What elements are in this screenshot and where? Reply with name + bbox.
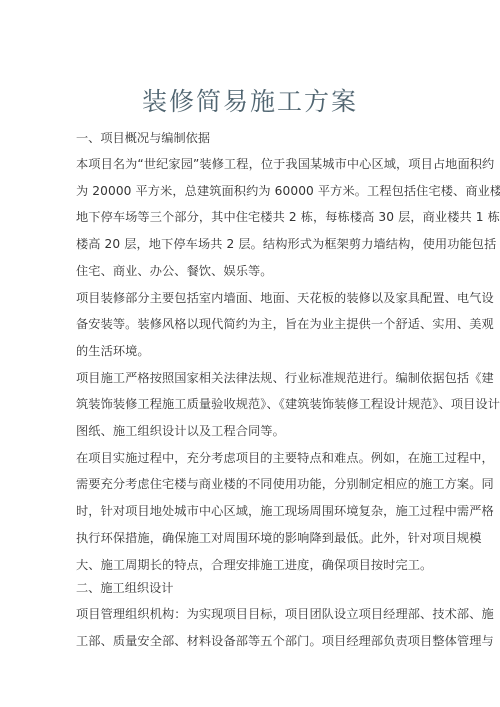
text-line: 执行环保措施，确保施工对周围环境的影响降到最低。此外，针对项目规模 (76, 525, 428, 552)
paragraph-project-intro: 本项目名为“世纪家园”装修工程，位于我国某城市中心区域，项目占地面积约 为 20… (76, 151, 428, 285)
document-title: 装修简易施工方案 (0, 82, 500, 118)
text-line: 的生活环境。 (76, 338, 428, 365)
text-line: 需要充分考虑住宅楼与商业楼的不同使用功能，分别制定相应的施工方案。同 (76, 471, 428, 498)
text-line: 工部、质量安全部、材料设备部等五个部门。项目经理部负责项目整体管理与 (76, 628, 428, 655)
section-heading-overview: 一、项目概况与编制依据 (76, 128, 428, 148)
document-body: 一、项目概况与编制依据 本项目名为“世纪家园”装修工程，位于我国某城市中心区域，… (76, 128, 428, 655)
text-line: 在项目实施过程中，充分考虑项目的主要特点和难点。例如，在施工过程中， (76, 445, 428, 472)
text-line: 地下停车场等三个部分，其中住宅楼共 2 栋，每栋楼高 30 层，商业楼共 1 栋… (76, 204, 428, 231)
text-line: 时，针对项目地处城市中心区域，施工现场周围环境复杂，施工过程中需严格 (76, 498, 428, 525)
paragraph-decoration-scope: 项目装修部分主要包括室内墙面、地面、天花板的装修以及家具配置、电气设 备安装等。… (76, 285, 428, 365)
text-line: 项目装修部分主要包括室内墙面、地面、天花板的装修以及家具配置、电气设 (76, 285, 428, 312)
paragraph-compilation-basis: 项目施工严格按照国家相关法律法规、行业标准规范进行。编制依据包括《建 筑装饰装修… (76, 365, 428, 445)
text-line: 项目管理组织机构：为实现项目目标，项目团队设立项目经理部、技术部、施 (76, 601, 428, 628)
text-line: 为 20000 平方米，总建筑面积约为 60000 平方米。工程包括住宅楼、商业… (76, 178, 428, 205)
text-line: 住宅、商业、办公、餐饮、娱乐等。 (76, 258, 428, 285)
paragraph-key-difficulties: 在项目实施过程中，充分考虑项目的主要特点和难点。例如，在施工过程中， 需要充分考… (76, 445, 428, 579)
paragraph-management-structure: 项目管理组织机构：为实现项目目标，项目团队设立项目经理部、技术部、施 工部、质量… (76, 601, 428, 654)
document-page: 装修简易施工方案 一、项目概况与编制依据 本项目名为“世纪家园”装修工程，位于我… (0, 0, 500, 707)
text-line: 图纸、施工组织设计以及工程合同等。 (76, 418, 428, 445)
text-line: 筑装饰装修工程施工质量验收规范》、《建筑装饰装修工程设计规范》、项目设计 (76, 391, 428, 418)
text-line: 备安装等。装修风格以现代简约为主，旨在为业主提供一个舒适、实用、美观 (76, 311, 428, 338)
text-line: 楼高 20 层，地下停车场共 2 层。结构形式为框架剪力墙结构，使用功能包括 (76, 231, 428, 258)
text-line: 本项目名为“世纪家园”装修工程，位于我国某城市中心区域，项目占地面积约 (76, 151, 428, 178)
section-heading-organization: 二、施工组织设计 (76, 578, 428, 598)
text-line: 项目施工严格按照国家相关法律法规、行业标准规范进行。编制依据包括《建 (76, 365, 428, 392)
text-line: 大、施工周期长的特点，合理安排施工进度，确保项目按时完工。 (76, 552, 428, 579)
